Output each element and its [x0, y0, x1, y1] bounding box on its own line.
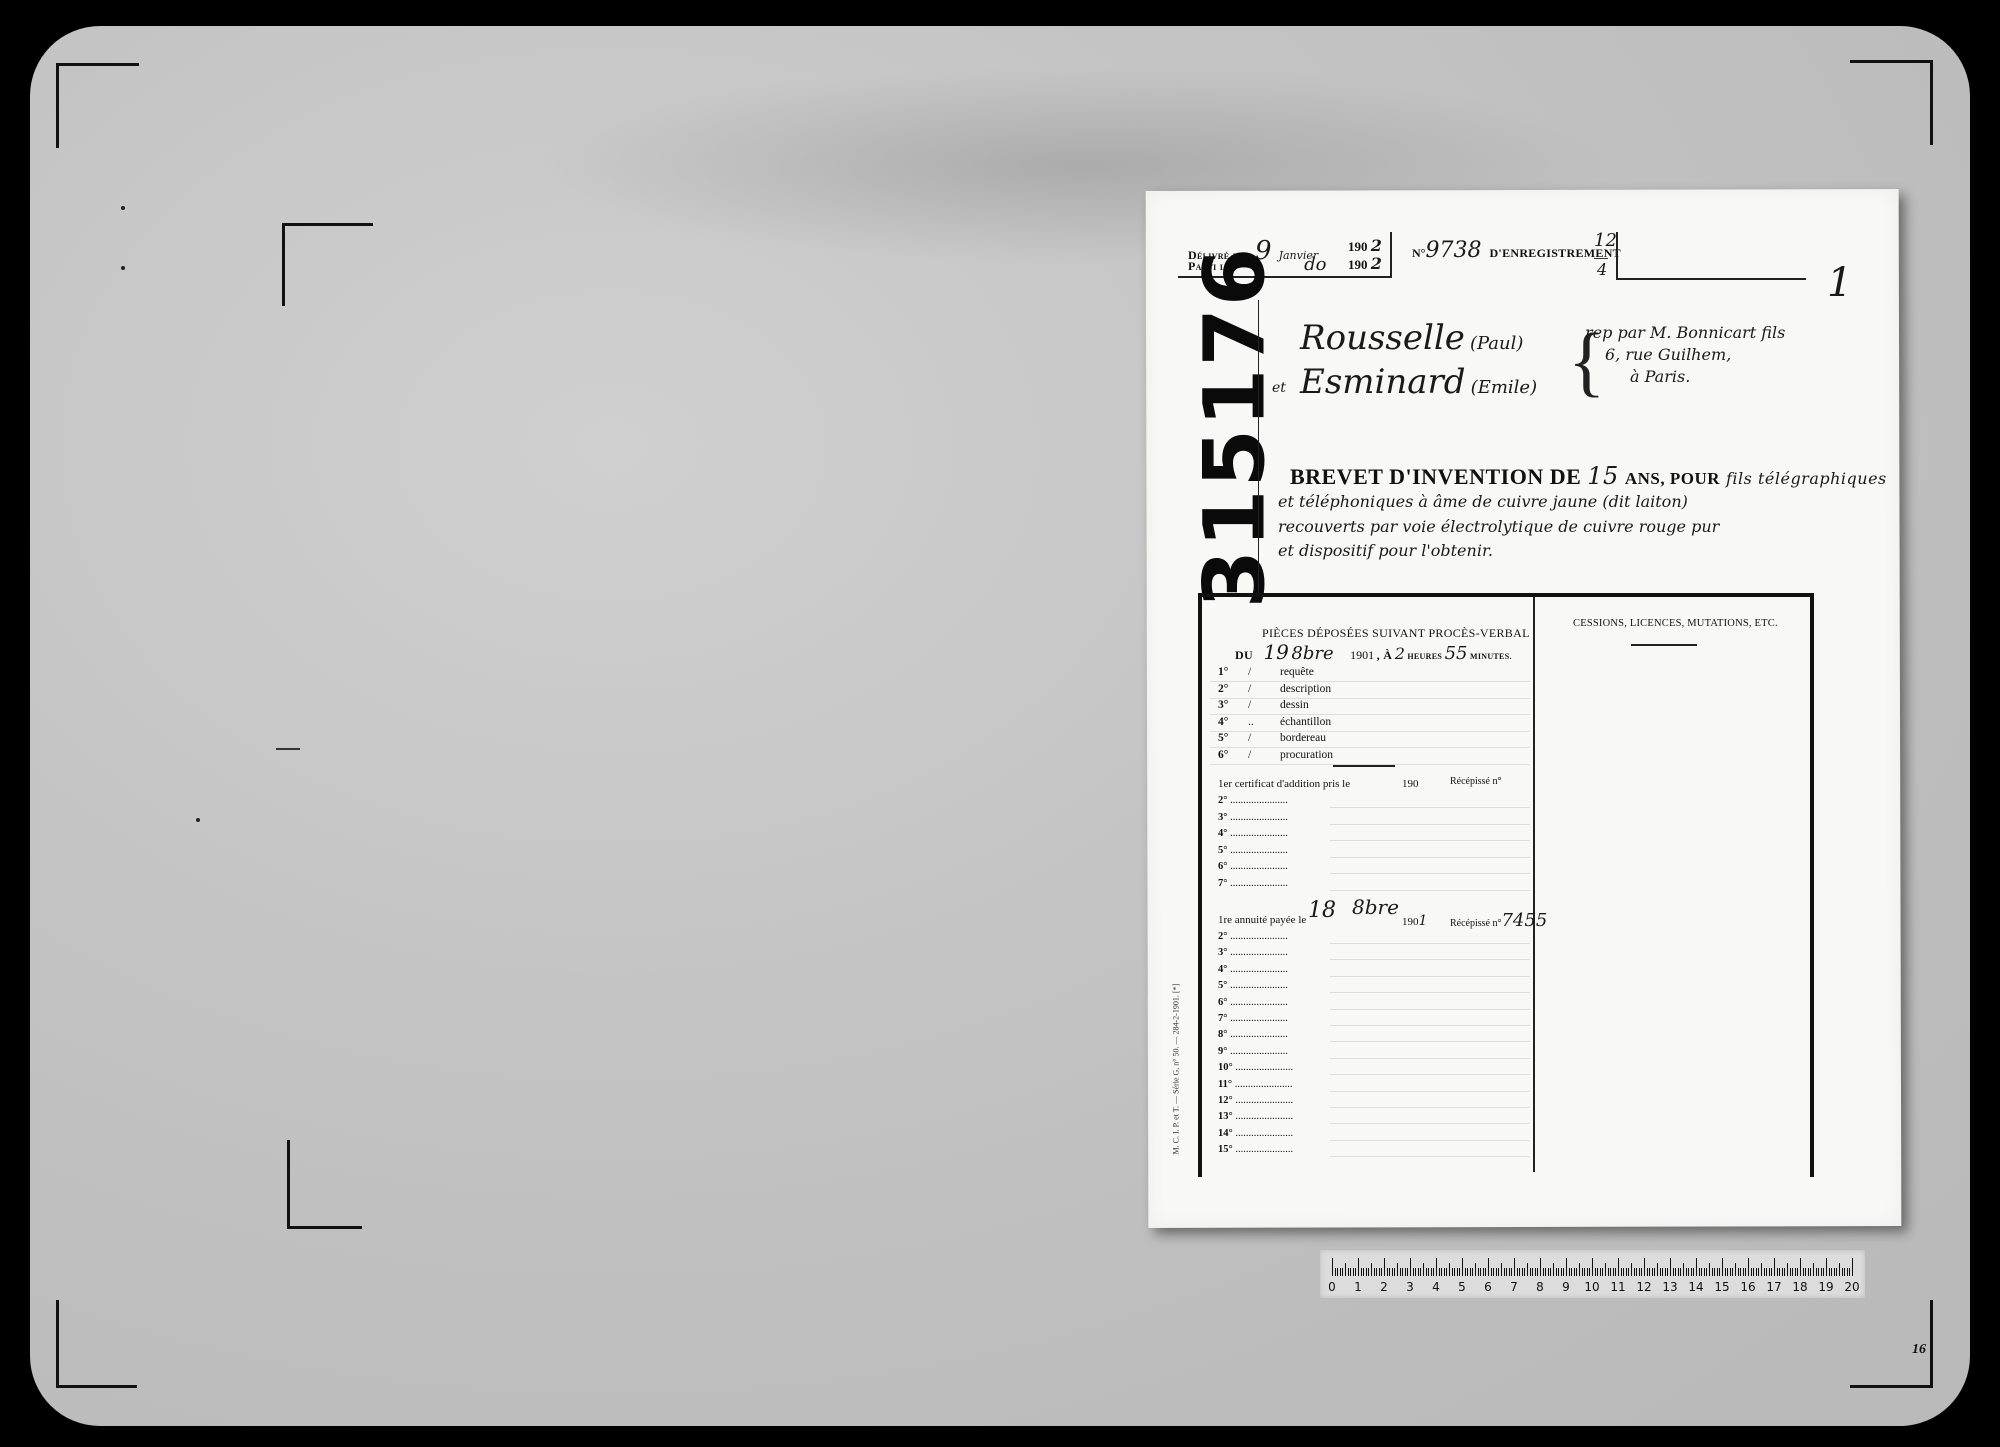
ruler-tick	[1600, 1268, 1601, 1276]
ruler-tick	[1636, 1268, 1637, 1276]
ruler-tick	[1691, 1268, 1692, 1276]
ruler-tick	[1579, 1263, 1580, 1276]
ruler-tick	[1381, 1268, 1382, 1276]
crop-mark-bottom-left	[56, 1300, 137, 1388]
ruler-tick	[1400, 1268, 1401, 1276]
ruler-tick	[1686, 1268, 1687, 1276]
ruler-tick	[1355, 1268, 1356, 1276]
ruler-tick	[1457, 1268, 1458, 1276]
ruler-tick	[1472, 1268, 1473, 1276]
ruler-tick	[1496, 1268, 1497, 1276]
ruler-tick	[1535, 1268, 1536, 1276]
ruler-tick	[1441, 1268, 1442, 1276]
ruler-tick	[1582, 1268, 1583, 1276]
ruled-line	[1330, 1156, 1530, 1157]
numbered-row: 5° ......................	[1218, 845, 1288, 856]
ruler-tick	[1574, 1268, 1575, 1276]
applicant-2: Esminard (Emile)	[1300, 362, 1537, 402]
ruler-tick	[1501, 1263, 1502, 1276]
ruler-tick	[1342, 1268, 1343, 1276]
ruler-tick	[1576, 1268, 1577, 1276]
patent-duration: 15	[1587, 462, 1619, 490]
dotted-leader: ......................	[1233, 1095, 1293, 1106]
ruler-label: 12	[1636, 1280, 1651, 1294]
dotted-leader: ......................	[1227, 828, 1287, 839]
piece-label: description	[1280, 683, 1331, 695]
applicant-1-given: (Paul)	[1470, 333, 1523, 354]
numbered-row: 7° ......................	[1218, 1013, 1288, 1024]
ruler-tick	[1829, 1268, 1830, 1276]
ruler-tick	[1738, 1268, 1739, 1276]
ruler-tick	[1688, 1268, 1689, 1276]
ruler-tick	[1613, 1268, 1614, 1276]
pieces-date-label: DU	[1235, 648, 1253, 662]
ruler-label: 13	[1662, 1280, 1677, 1294]
ruler-tick	[1366, 1268, 1367, 1276]
ruler-tick	[1465, 1268, 1466, 1276]
ruler-tick	[1454, 1268, 1455, 1276]
ruler-tick	[1491, 1268, 1492, 1276]
dotted-leader: ......................	[1227, 795, 1287, 806]
ruler-tick	[1394, 1268, 1395, 1276]
dotted-leader: ......................	[1227, 861, 1287, 872]
ruler-tick	[1756, 1268, 1757, 1276]
representative-line: à Paris.	[1585, 366, 1785, 388]
registration-value: 9738	[1425, 238, 1481, 263]
ruler-tick	[1410, 1258, 1411, 1276]
ruler-tick	[1769, 1268, 1770, 1276]
ruler-tick	[1426, 1268, 1427, 1276]
dotted-leader: ......................	[1227, 878, 1287, 889]
ruler-tick	[1730, 1268, 1731, 1276]
ruler-tick	[1647, 1268, 1648, 1276]
registration-fraction-top: 12	[1594, 230, 1617, 251]
annuity-day: 18	[1308, 898, 1336, 923]
annuity-month: 8bre	[1352, 895, 1399, 919]
ruler-tick	[1405, 1268, 1406, 1276]
piece-item: 2°/description	[1218, 683, 1331, 695]
ruler-tick	[1475, 1263, 1476, 1276]
ruler-tick	[1514, 1258, 1515, 1276]
ruler-tick	[1628, 1268, 1629, 1276]
ruler-tick	[1470, 1268, 1471, 1276]
representative-line: rep par M. Bonnicart fils	[1585, 322, 1785, 344]
ruler-tick	[1561, 1268, 1562, 1276]
ruler-tick	[1792, 1268, 1793, 1276]
title-suffix: ANS, POUR	[1625, 469, 1720, 488]
ruler-tick	[1753, 1268, 1754, 1276]
numbered-row: 3° ......................	[1218, 947, 1288, 958]
ruler-tick	[1605, 1263, 1606, 1276]
ruled-line	[1330, 840, 1530, 841]
delivered-year-suffix: 2	[1371, 236, 1382, 255]
ruler-tick	[1363, 1268, 1364, 1276]
ruler-tick	[1777, 1268, 1778, 1276]
delivered-year-prefix: 190	[1348, 239, 1368, 254]
ruler-tick	[1714, 1268, 1715, 1276]
ruler-tick	[1418, 1268, 1419, 1276]
numbered-row: 6° ......................	[1218, 997, 1288, 1008]
piece-item: 6°/procuration	[1218, 749, 1333, 761]
registration-prefix: N°	[1412, 246, 1425, 260]
ruler-tick	[1652, 1268, 1653, 1276]
ruler-tick	[1644, 1258, 1645, 1276]
ruler-tick	[1673, 1268, 1674, 1276]
dotted-leader: ......................	[1233, 1111, 1293, 1122]
departed-month: do	[1304, 254, 1326, 275]
ruler-tick	[1732, 1268, 1733, 1276]
ruler-tick	[1790, 1268, 1791, 1276]
ruler-tick	[1595, 1268, 1596, 1276]
pieces-minutes-label: MINUTES.	[1470, 652, 1512, 661]
numbered-row: 3° ......................	[1218, 812, 1288, 823]
ruler-tick	[1452, 1268, 1453, 1276]
ruler-tick	[1683, 1263, 1684, 1276]
ruler-tick	[1532, 1268, 1533, 1276]
ruled-line	[1330, 1140, 1530, 1141]
pieces-at-label: , À	[1377, 648, 1393, 662]
ruler-tick	[1353, 1268, 1354, 1276]
ruler-tick	[1621, 1268, 1622, 1276]
ruler-tick	[1615, 1268, 1616, 1276]
departed-year-prefix: 190	[1348, 257, 1368, 272]
ruler-tick	[1504, 1268, 1505, 1276]
numbered-row: 15° ......................	[1218, 1144, 1293, 1155]
ruler-tick	[1439, 1268, 1440, 1276]
numbered-row: 4° ......................	[1218, 964, 1288, 975]
ruler-tick	[1488, 1258, 1489, 1276]
annuity-year: 1901	[1402, 913, 1427, 929]
pieces-minutes: 55	[1445, 643, 1468, 664]
piece-label: bordereau	[1280, 732, 1326, 744]
applicant-connector: et	[1272, 380, 1286, 396]
ruler-label: 7	[1510, 1280, 1518, 1294]
row-number: 15°	[1218, 1144, 1233, 1155]
numbered-row: 2° ......................	[1218, 931, 1288, 942]
ruled-line	[1330, 890, 1530, 891]
ruler-tick	[1566, 1258, 1567, 1276]
ruler-tick	[1844, 1268, 1845, 1276]
ruler-tick	[1670, 1258, 1671, 1276]
dotted-leader: ......................	[1227, 931, 1287, 942]
ruler-tick	[1387, 1268, 1388, 1276]
annuity-receipt-number: 7455	[1501, 910, 1547, 931]
ruler-tick	[1350, 1268, 1351, 1276]
piece-mark: /	[1248, 699, 1280, 711]
ruler-tick	[1397, 1263, 1398, 1276]
ruler-tick	[1678, 1268, 1679, 1276]
certificate-first-label: 1er certificat d'addition pris le	[1218, 778, 1350, 790]
row-number: 14°	[1218, 1128, 1233, 1139]
ruler-tick	[1826, 1258, 1827, 1276]
ruler-tick	[1431, 1268, 1432, 1276]
ruler-tick	[1842, 1268, 1843, 1276]
ruler-tick	[1332, 1258, 1333, 1276]
ruler-tick	[1719, 1268, 1720, 1276]
ruler-tick	[1340, 1268, 1341, 1276]
ruler-tick	[1449, 1263, 1450, 1276]
ruler-tick	[1522, 1268, 1523, 1276]
representative-line: 6, rue Guilhem,	[1585, 344, 1785, 366]
ruler-tick	[1722, 1258, 1723, 1276]
ruler-tick	[1743, 1268, 1744, 1276]
ruler-tick	[1537, 1268, 1538, 1276]
numbered-row: 4° ......................	[1218, 828, 1288, 839]
ruler-tick	[1423, 1263, 1424, 1276]
dotted-leader: ......................	[1227, 980, 1287, 991]
pieces-date-year: 1901	[1350, 648, 1374, 662]
ruler-tick	[1402, 1268, 1403, 1276]
ruler-label: 20	[1844, 1280, 1859, 1294]
row-number: 10°	[1218, 1062, 1233, 1073]
measurement-ruler: 01234567891011121314151617181920	[1320, 1250, 1865, 1298]
ruler-tick	[1558, 1268, 1559, 1276]
speck-mark	[121, 266, 125, 270]
ruler-tick	[1569, 1268, 1570, 1276]
ruler-tick	[1358, 1258, 1359, 1276]
dotted-leader: ......................	[1233, 1144, 1293, 1155]
certificate-receipt-label: Récépissé n°	[1450, 776, 1501, 787]
certificate-first-row: 1er certificat d'addition pris le	[1218, 778, 1350, 790]
ruler-tick	[1654, 1268, 1655, 1276]
ruler-label: 6	[1484, 1280, 1492, 1294]
ruled-line	[1330, 873, 1530, 874]
annuity-first-row: 1re annuité payée le	[1218, 914, 1306, 926]
ruler-tick	[1556, 1268, 1557, 1276]
ruler-label: 4	[1432, 1280, 1440, 1294]
ruler-tick	[1478, 1268, 1479, 1276]
ruler-tick	[1602, 1268, 1603, 1276]
ruler-tick	[1774, 1258, 1775, 1276]
dotted-leader: ......................	[1233, 1128, 1293, 1139]
ruler-tick	[1444, 1268, 1445, 1276]
ruler-tick	[1805, 1268, 1806, 1276]
ruler-tick	[1467, 1268, 1468, 1276]
ruler-tick	[1379, 1268, 1380, 1276]
ruler-tick	[1337, 1268, 1338, 1276]
ruler-tick	[1821, 1268, 1822, 1276]
piece-number: 3°	[1218, 699, 1248, 711]
ruler-label: 19	[1818, 1280, 1833, 1294]
speck-mark	[196, 818, 200, 822]
ruler-tick	[1436, 1258, 1437, 1276]
ruler-tick	[1709, 1263, 1710, 1276]
ruler-tick	[1634, 1268, 1635, 1276]
ruler-tick	[1810, 1268, 1811, 1276]
ruler-tick	[1371, 1263, 1372, 1276]
ruler-tick	[1480, 1268, 1481, 1276]
ruler-tick	[1483, 1268, 1484, 1276]
ruler-tick	[1745, 1268, 1746, 1276]
representative-block: rep par M. Bonnicart fils 6, rue Guilhem…	[1585, 322, 1785, 388]
numbered-row: 8° ......................	[1218, 1029, 1288, 1040]
ruled-line	[1330, 1091, 1530, 1092]
ruler-tick	[1506, 1268, 1507, 1276]
pieces-hour-label: HEURES	[1407, 652, 1442, 661]
numbered-row: 5° ......................	[1218, 980, 1288, 991]
ruler-tick	[1376, 1268, 1377, 1276]
ruler-tick	[1517, 1268, 1518, 1276]
numbered-row: 13° ......................	[1218, 1111, 1293, 1122]
subject-line: et dispositif pour l'obtenir.	[1278, 541, 1493, 560]
registration-box-left	[1616, 232, 1618, 280]
dotted-leader: ......................	[1227, 964, 1287, 975]
ruler-tick	[1834, 1268, 1835, 1276]
cessions-rule	[1631, 644, 1697, 646]
ruler-tick	[1782, 1268, 1783, 1276]
ruler-tick	[1540, 1258, 1541, 1276]
ruler-tick	[1725, 1268, 1726, 1276]
ruler-tick	[1623, 1268, 1624, 1276]
dotted-leader: ......................	[1233, 1062, 1293, 1073]
piece-item: 3°/dessin	[1218, 699, 1309, 711]
crop-mark-top-left	[56, 63, 139, 148]
ruler-label: 3	[1406, 1280, 1414, 1294]
ruler-tick	[1816, 1268, 1817, 1276]
piece-label: procuration	[1280, 749, 1333, 761]
ruler-tick	[1610, 1268, 1611, 1276]
piece-number: 6°	[1218, 749, 1248, 761]
ruled-line	[1330, 1041, 1530, 1042]
ruler-tick	[1348, 1268, 1349, 1276]
ruled-line	[1330, 959, 1530, 960]
ruler-tick	[1751, 1268, 1752, 1276]
inner-crop-mark-top-left	[282, 223, 373, 306]
pieces-date-day: 19	[1263, 640, 1288, 664]
column-divider	[1533, 597, 1535, 1172]
ruler-tick	[1847, 1268, 1848, 1276]
patent-number: 315176	[1185, 246, 1283, 609]
ruler-tick	[1584, 1268, 1585, 1276]
ruler-tick	[1368, 1268, 1369, 1276]
subject-line: recouverts par voie électrolytique de cu…	[1278, 517, 1719, 536]
piece-number: 5°	[1218, 732, 1248, 744]
piece-item: 4°..échantillon	[1218, 716, 1331, 728]
ruler-tick	[1530, 1268, 1531, 1276]
ruler-tick	[1563, 1268, 1564, 1276]
applicant-2-surname: Esminard	[1300, 362, 1466, 402]
speck-mark	[121, 206, 125, 210]
ruler-tick	[1392, 1268, 1393, 1276]
patent-title: BREVET D'INVENTION DE 15 ANS, POUR fils …	[1290, 462, 1887, 490]
ruler-tick	[1800, 1258, 1801, 1276]
margin-rule	[1258, 300, 1259, 595]
ruler-tick	[1597, 1268, 1598, 1276]
piece-item: 1°/requête	[1218, 666, 1314, 678]
title-prefix: BREVET D'INVENTION DE	[1290, 464, 1581, 489]
piece-mark: ..	[1248, 716, 1280, 728]
certificate-date-rule	[1335, 766, 1383, 767]
ruler-tick	[1459, 1268, 1460, 1276]
piece-number: 4°	[1218, 716, 1248, 728]
ruler-tick	[1761, 1263, 1762, 1276]
numbered-row: 7° ......................	[1218, 878, 1288, 889]
ruler-label: 2	[1380, 1280, 1388, 1294]
certificate-year: 190	[1402, 778, 1419, 790]
ruler-tick	[1415, 1268, 1416, 1276]
numbered-row: 14° ......................	[1218, 1128, 1293, 1139]
ruler-tick	[1553, 1263, 1554, 1276]
dotted-leader: ......................	[1227, 812, 1287, 823]
ruler-label: 8	[1536, 1280, 1544, 1294]
pieces-date-row: DU 19 8bre 1901 , À 2 HEURES 55 MINUTES.	[1235, 640, 1512, 664]
pieces-heading: PIÈCES DÉPOSÉES SUIVANT PROCÈS-VERBAL	[1262, 626, 1530, 641]
ruler-tick	[1803, 1268, 1804, 1276]
inner-crop-mark-bottom-left	[287, 1140, 362, 1229]
dotted-leader: ......................	[1227, 947, 1287, 958]
ruler-tick	[1704, 1268, 1705, 1276]
row-number: 11°	[1218, 1079, 1232, 1090]
piece-label: requête	[1280, 666, 1314, 678]
piece-mark: /	[1248, 749, 1280, 761]
row-number: 13°	[1218, 1111, 1233, 1122]
ruler-tick	[1446, 1268, 1447, 1276]
ruler-label: 10	[1584, 1280, 1599, 1294]
ruler-label: 1	[1354, 1280, 1362, 1294]
ruler-label: 11	[1610, 1280, 1625, 1294]
pieces-hour: 2	[1395, 644, 1405, 663]
ruler-tick	[1662, 1268, 1663, 1276]
ruler-tick	[1818, 1268, 1819, 1276]
ruler-tick	[1462, 1258, 1463, 1276]
cessions-heading: CESSIONS, LICENCES, MUTATIONS, ETC.	[1573, 618, 1778, 629]
speck-mark	[276, 748, 300, 750]
ruled-line	[1330, 1123, 1530, 1124]
ruler-tick	[1657, 1263, 1658, 1276]
numbered-row: 6° ......................	[1218, 861, 1288, 872]
annuity-first-label: 1re annuité payée le	[1218, 914, 1306, 926]
departed-year: 190 2	[1348, 254, 1382, 273]
ruler-tick	[1389, 1268, 1390, 1276]
ruler-tick	[1680, 1268, 1681, 1276]
ruler-label: 18	[1792, 1280, 1807, 1294]
numbered-row: 10° ......................	[1218, 1062, 1293, 1073]
ruler-tick	[1758, 1268, 1759, 1276]
ruler-tick	[1693, 1268, 1694, 1276]
patent-number-stamp: 315176	[1148, 268, 1268, 578]
ruled-line	[1330, 807, 1530, 808]
ruler-tick	[1717, 1268, 1718, 1276]
ruler-tick	[1543, 1268, 1544, 1276]
ruler-label: 9	[1562, 1280, 1570, 1294]
piece-item: 5°/bordereau	[1218, 732, 1326, 744]
ruler-tick	[1485, 1268, 1486, 1276]
ruler-tick	[1667, 1268, 1668, 1276]
departed-year-suffix: 2	[1371, 254, 1382, 273]
ruler-tick	[1699, 1268, 1700, 1276]
ruler-tick	[1852, 1258, 1853, 1276]
registration-fraction-bottom: 4	[1597, 260, 1607, 279]
ruler-tick	[1712, 1268, 1713, 1276]
registration-box-bottom	[1616, 278, 1806, 280]
subject-line: fils télégraphiques	[1726, 469, 1887, 488]
printer-note: M. C. I. P. et T. — Série G, n° 50. — 28…	[1172, 935, 1181, 1155]
ruled-line	[1330, 857, 1530, 858]
ruled-line	[1330, 1058, 1530, 1059]
ruler-tick	[1519, 1268, 1520, 1276]
ruler-tick	[1433, 1268, 1434, 1276]
applicant-1: Rousselle (Paul)	[1300, 318, 1523, 358]
ruler-tick	[1748, 1258, 1749, 1276]
ruler-tick	[1784, 1268, 1785, 1276]
ruler-tick	[1384, 1258, 1385, 1276]
piece-label: échantillon	[1280, 716, 1331, 728]
ruler-label: 15	[1714, 1280, 1729, 1294]
ruler-tick	[1509, 1268, 1510, 1276]
ruler-tick	[1740, 1268, 1741, 1276]
ruler-tick	[1420, 1268, 1421, 1276]
numbered-row: 12° ......................	[1218, 1095, 1293, 1106]
